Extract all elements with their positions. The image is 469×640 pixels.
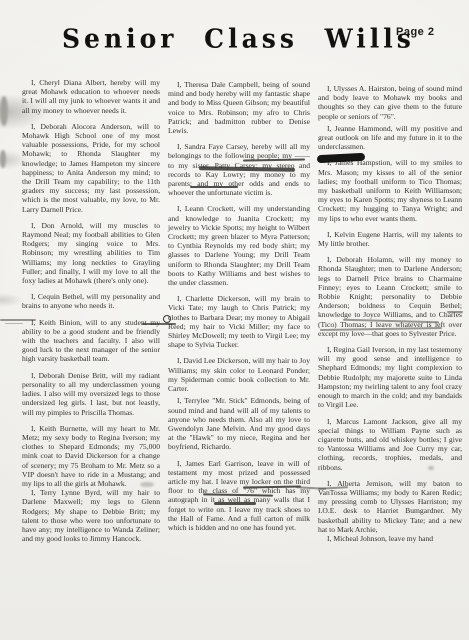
scan-smudge: [0, 150, 6, 168]
pen-strikethrough-mark: [190, 186, 238, 188]
pen-dash-mark: [447, 311, 463, 313]
scanned-newspaper-page: Senior Class Wills Page 2 I, Cheryl Dian…: [0, 0, 469, 640]
will-paragraph: I, Don Arnold, will my muscles to Raymon…: [22, 221, 160, 285]
will-paragraph: I, Deborah Denise Britt, will my radiant…: [22, 371, 160, 417]
will-paragraph: I, Marcus Lamont Jackson, give all my sp…: [318, 417, 462, 472]
will-paragraph: I, David Lee Dickerson, will my hair to …: [168, 356, 310, 393]
will-paragraph: I, Cequin Bethel, will my personality an…: [22, 292, 160, 310]
margin-dash-artifact: [0, 319, 36, 321]
will-paragraph: I, Theresa Dale Campbell, being of sound…: [168, 80, 310, 135]
gutter-underline-artifact: [142, 323, 176, 325]
column-1: I, Cheryl Diana Albert, hereby will my g…: [22, 78, 160, 634]
will-paragraph: I, Leann Crockett, will my understanding…: [168, 204, 310, 287]
will-paragraph: I, Ulysses A. Hairston, being of sound m…: [318, 84, 462, 121]
will-paragraph: I, Jeanne Hammond, will my positive and …: [318, 124, 462, 152]
will-paragraph: I, Charlette Dickerson, will my brain to…: [168, 294, 310, 349]
column-3: I, Ulysses A. Hairston, being of sound m…: [318, 84, 462, 636]
scan-smudge: [140, 482, 154, 487]
will-paragraph: I, Regina Gail Iverson, in my last teste…: [318, 345, 462, 409]
will-paragraph: I, Terrylee "Mr. Stick" Edmonds, being o…: [168, 396, 310, 451]
page-number-label: Page 2: [396, 26, 434, 38]
will-paragraph: I, Keith Burnette, will my heart to Mr. …: [22, 424, 160, 488]
will-paragraph: I, Deborah Alocora Anderson, will to Moh…: [22, 122, 160, 214]
scan-smudge: [0, 96, 8, 126]
will-paragraph: I, James Hampstion, will to my smiles to…: [318, 158, 462, 222]
will-paragraph: I, Terry Lynne Byrd, will my hair to Dar…: [22, 488, 160, 543]
will-paragraph: I, Cheryl Diana Albert, hereby will my g…: [22, 78, 160, 115]
page-title: Senior Class Wills: [62, 23, 392, 53]
pen-dash-mark: [214, 502, 256, 505]
will-paragraph: I, Deborah Holamn, will my money to Rhon…: [318, 255, 462, 338]
gutter-circle-artifact: [163, 315, 171, 323]
will-paragraph: I, Keith Binion, will to any student my …: [22, 318, 160, 364]
scan-smudge: [428, 466, 434, 470]
will-paragraph: I, Kelvin Eugene Harris, will my talents…: [318, 230, 462, 248]
margin-dash-artifact: [5, 323, 23, 324]
will-paragraph: I, Micheal Johnson, leave my hand: [318, 534, 462, 543]
column-2: I, Theresa Dale Campbell, being of sound…: [168, 80, 310, 634]
